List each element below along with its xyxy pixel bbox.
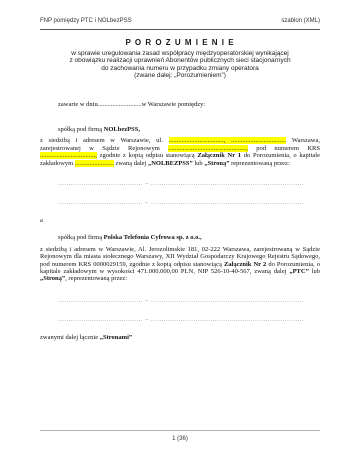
document-subtitle: w sprawie uregulowania zasad współpracy …: [0, 50, 360, 80]
page-header: FNP pomiędzy PTC i NOLbezPSS szablon (XM…: [0, 0, 360, 24]
party2-details: z siedzibą i adresem w Warszawie, Al. Je…: [40, 246, 320, 283]
document-page: FNP pomiędzy PTC i NOLbezPSS szablon (XM…: [0, 0, 360, 466]
header-left-text: FNP pomiędzy PTC i NOLbezPSS: [40, 18, 132, 24]
party1-signature-line-2: ........................................…: [58, 199, 325, 206]
party1-details: z siedzibą i adresem w Warszawie, ul. ..…: [40, 137, 320, 167]
intro-line: zawarte w dniu..........................…: [40, 101, 320, 108]
party2-lead: spółką pod firmą Polska Telefonia Cyfrow…: [40, 234, 320, 241]
header-right-text: szablon (XML): [281, 18, 320, 24]
subtitle-line-2: z obowiązku realizacji uprawnień Abonent…: [0, 57, 360, 64]
page-number: 1 (36): [0, 436, 360, 442]
party-separator: a: [40, 217, 320, 224]
party2-signature-line-1: ........................................…: [58, 297, 325, 304]
document-title: P O R O Z U M I E N I E: [0, 38, 360, 47]
subtitle-line-1: w sprawie uregulowania zasad współpracy …: [0, 50, 360, 57]
subtitle-line-4: (zwane dalej: „Porozumieniem”): [0, 72, 360, 79]
subtitle-line-3: do zachowania numeru w przypadku zmiany …: [0, 65, 360, 72]
closing-line: zwanymi dalej łącznie „Stronami”: [40, 334, 320, 341]
footer-rule: [40, 430, 320, 431]
party1-signature-line-1: ........................................…: [58, 180, 325, 187]
party1-lead: spółką pod firmą NOLbezPSS,: [40, 126, 320, 133]
party2-signature-line-2: ........................................…: [58, 316, 325, 323]
header-rule: [40, 29, 320, 30]
